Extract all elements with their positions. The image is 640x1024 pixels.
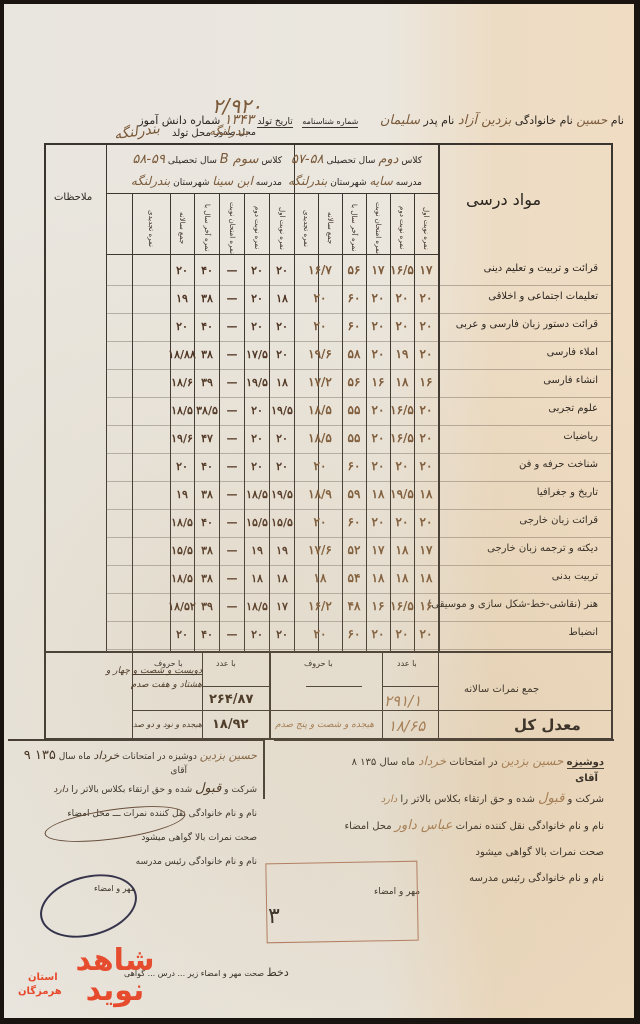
column-header: نمره تجدیدی bbox=[299, 199, 313, 257]
column-header: جمع سالانه bbox=[175, 199, 189, 257]
right-year: ۱۳۵ ۸ bbox=[352, 757, 377, 768]
year1-city: بندرلنگه bbox=[288, 174, 327, 188]
grade-cell: ۱۸/۵ bbox=[305, 431, 335, 445]
grade-cell: ۱۷/۶ bbox=[305, 543, 335, 557]
signature-ellipse bbox=[33, 864, 144, 948]
grade-cell: ۵۲ bbox=[339, 543, 369, 557]
grade-cell: ۵۸ bbox=[339, 347, 369, 361]
subject-name: انشاء فارسی bbox=[428, 375, 598, 386]
column-header: نمره تجدیدی bbox=[144, 199, 158, 257]
grade-cell: ۲۰ bbox=[305, 319, 335, 333]
grade-cell: ۱۸/۵ bbox=[305, 403, 335, 417]
grade-cell: ۱۶/۷ bbox=[305, 263, 335, 277]
grade-cell: ۱۹/۶ bbox=[305, 347, 335, 361]
right-copier: عباس داور bbox=[395, 818, 453, 833]
left-year: ۱۳۵ ۹ bbox=[24, 748, 56, 763]
grade-cell: ۶۰ bbox=[339, 319, 369, 333]
y1-average-number: ۱۸/۶۵ bbox=[388, 717, 425, 735]
annual-sum-label: جمع نمرات سالانه bbox=[464, 684, 539, 695]
grade-cell: ۲۰ bbox=[305, 627, 335, 641]
grade-cell: ۶۰ bbox=[339, 459, 369, 473]
column-header: نمره آخر سال با ضریب ۲ bbox=[200, 199, 214, 257]
grade-cell: ۱۸/۸۸ bbox=[166, 348, 198, 361]
subject-name: تعلیمات اجتماعی و اخلاقی bbox=[428, 291, 598, 302]
grade-cell: ۵۶ bbox=[339, 263, 369, 277]
right-student-name: حسین بزدین bbox=[501, 754, 563, 768]
subjects-title: مواد درسی bbox=[466, 190, 541, 209]
subject-name: قرائت و تربیت و تعلیم دینی bbox=[428, 263, 598, 274]
y2-sum-number: ۲۶۴/۸۷ bbox=[209, 692, 253, 707]
logo-subtitle-1: استان bbox=[28, 972, 58, 983]
birthdate-label: تاریخ تولد bbox=[257, 117, 292, 128]
id-label: شماره شناسنامه bbox=[302, 117, 358, 128]
column-header: نمره امتحان نوبت دوم bbox=[225, 199, 239, 257]
grade-cell: ۱۹/۶ bbox=[166, 432, 198, 445]
subject-name: قرائت زبان خارجی bbox=[428, 515, 598, 526]
grade-cell: ۱۸/۹ bbox=[305, 487, 335, 501]
grade-cell: ۵۵ bbox=[339, 403, 369, 417]
grade-cell: ۶۰ bbox=[339, 291, 369, 305]
y1-sum-number: ۲۹۱/۱ bbox=[384, 692, 421, 710]
subject-name: شناخت حرفه و فن bbox=[428, 459, 598, 470]
year1-year: ۵۸-۵۷ bbox=[291, 152, 324, 167]
grade-cell: ۲۰ bbox=[305, 291, 335, 305]
grade-cell: ۲۰ bbox=[166, 460, 198, 473]
name-label: نام bbox=[611, 114, 624, 127]
grade-cell: ۱۸/۵ bbox=[166, 572, 198, 585]
right-accepted: قبول bbox=[538, 791, 564, 806]
left-stamp-label: مهر و امضاء bbox=[94, 884, 135, 893]
grade-cell: ۱۸/۵ bbox=[166, 516, 198, 529]
left-exam-month: خرداد bbox=[94, 749, 120, 762]
grade-cell: ۱۷/۲ bbox=[305, 375, 335, 389]
y2-numeric-label: با عدد bbox=[216, 659, 236, 668]
grade-cell: ۱۸/۵ bbox=[166, 404, 198, 417]
family-value: بزدین آزاد bbox=[458, 113, 512, 128]
issue-value: بندرلنگه bbox=[209, 124, 248, 138]
year2-year: ۵۹-۵۸ bbox=[132, 152, 165, 167]
y1-words-label: با حروف bbox=[304, 659, 333, 668]
column-header: نمره نوبت دوم bbox=[250, 199, 264, 257]
subject-name: املاء فارسی bbox=[428, 347, 598, 358]
right-exam-month: خرداد bbox=[418, 754, 446, 768]
grade-cell: ۱۶/۲ bbox=[305, 599, 335, 613]
column-header: جمع سالانه bbox=[323, 199, 337, 257]
grade-cell: ۵۴ bbox=[339, 571, 369, 585]
subject-name: تربیت بدنی bbox=[428, 571, 598, 582]
remarks-label: ملاحظات bbox=[54, 192, 92, 203]
column-header: نمره آخر سال با ضریب ۲ bbox=[347, 199, 361, 257]
y1-average-words: هیجده و شصت و پنج صدم bbox=[274, 720, 374, 730]
father-value: سلیمان bbox=[380, 113, 420, 128]
y2-average-number: ۱۸/۹۲ bbox=[212, 717, 249, 732]
grade-cell: ۱۸/۵۲ bbox=[166, 600, 198, 613]
y2-sum-words: دویست و شصت و چهار و هشتاد و هفت صدم bbox=[104, 664, 202, 692]
subject-name: دیکته و ترجمه زبان خارجی bbox=[428, 543, 598, 554]
column-header: نمره امتحان نوبت دوم bbox=[371, 199, 385, 257]
father-label: نام پدر bbox=[423, 114, 454, 127]
id-number-value: ۲/۹۲۰ bbox=[212, 94, 262, 118]
year1-school: سایه bbox=[369, 174, 392, 188]
birthplace-label: محل تولد bbox=[172, 128, 211, 139]
column-header: نمره نوبت دوم bbox=[395, 199, 409, 257]
logo-title: شاهد نوید bbox=[66, 946, 164, 1006]
column-header: نمره نوبت اول bbox=[275, 199, 289, 257]
grade-cell: ۶۰ bbox=[339, 627, 369, 641]
grade-cell: ۱۸ bbox=[305, 571, 335, 585]
year2-city: بندرلنگه bbox=[131, 174, 170, 188]
document-paper: نام حسین نام خانوادگی بزدین آزاد نام پدر… bbox=[4, 4, 634, 1018]
left-accepted: قبول bbox=[195, 781, 221, 796]
page-number: ۳ bbox=[268, 904, 280, 929]
y2-average-words: هیجده و نود و دو صدم bbox=[132, 720, 202, 729]
grade-cell: ۵۶ bbox=[339, 375, 369, 389]
column-header: نمره نوبت اول bbox=[419, 199, 433, 257]
family-label: نام خانوادگی bbox=[515, 114, 573, 127]
grade-cell: ۱۹ bbox=[166, 292, 198, 305]
year1-header: کلاس دوم سال تحصیلی ۵۸-۵۷ مدرسه سایه شهر… bbox=[282, 150, 422, 193]
grade-cell: ۲۰ bbox=[166, 628, 198, 641]
grade-cell: ۱۸/۶ bbox=[166, 376, 198, 389]
year2-class: سوم B bbox=[220, 152, 259, 167]
overall-average-label: معدل کل bbox=[514, 716, 581, 734]
subject-name: علوم تجربی bbox=[428, 403, 598, 414]
grade-cell: ۴۸ bbox=[339, 599, 369, 613]
grade-cell: ۱۵/۵ bbox=[166, 544, 198, 557]
grade-cell: ۲۰ bbox=[166, 320, 198, 333]
grade-cell: ۵۹ bbox=[339, 487, 369, 501]
logo-subtitle-2: هرمزگان bbox=[18, 986, 62, 997]
birthplace-value: بندرلنگه bbox=[113, 121, 161, 143]
grade-cell: ۱۹ bbox=[166, 488, 198, 501]
grade-cell: ۲۰ bbox=[166, 264, 198, 277]
grade-cell: ۲۰ bbox=[305, 515, 335, 529]
subject-name: ریاضیات bbox=[428, 431, 598, 442]
name-value: حسین bbox=[576, 113, 607, 127]
subject-name: انضباط bbox=[428, 627, 598, 638]
year2-school: ابن سینا bbox=[212, 174, 253, 188]
school-stamp bbox=[265, 861, 418, 944]
subject-name: قرائت دستور زبان فارسی و عربی bbox=[428, 319, 598, 330]
subject-name: هنر (نقاشی-خط-شکل سازی و موسیقی) bbox=[428, 599, 598, 610]
year2-header: کلاس سوم B سال تحصیلی ۵۹-۵۸ مدرسه ابن سی… bbox=[102, 150, 282, 193]
grade-cell: ۲۰ bbox=[305, 459, 335, 473]
subject-name: تاریخ و جغرافیا bbox=[428, 487, 598, 498]
grade-cell: ۵۵ bbox=[339, 431, 369, 445]
left-principal: نام و نام خانوادگی رئیس مدرسه bbox=[12, 850, 257, 874]
y1-numeric-label: با عدد bbox=[397, 659, 417, 668]
grade-cell: ۶۰ bbox=[339, 515, 369, 529]
year1-class: دوم bbox=[378, 152, 398, 167]
